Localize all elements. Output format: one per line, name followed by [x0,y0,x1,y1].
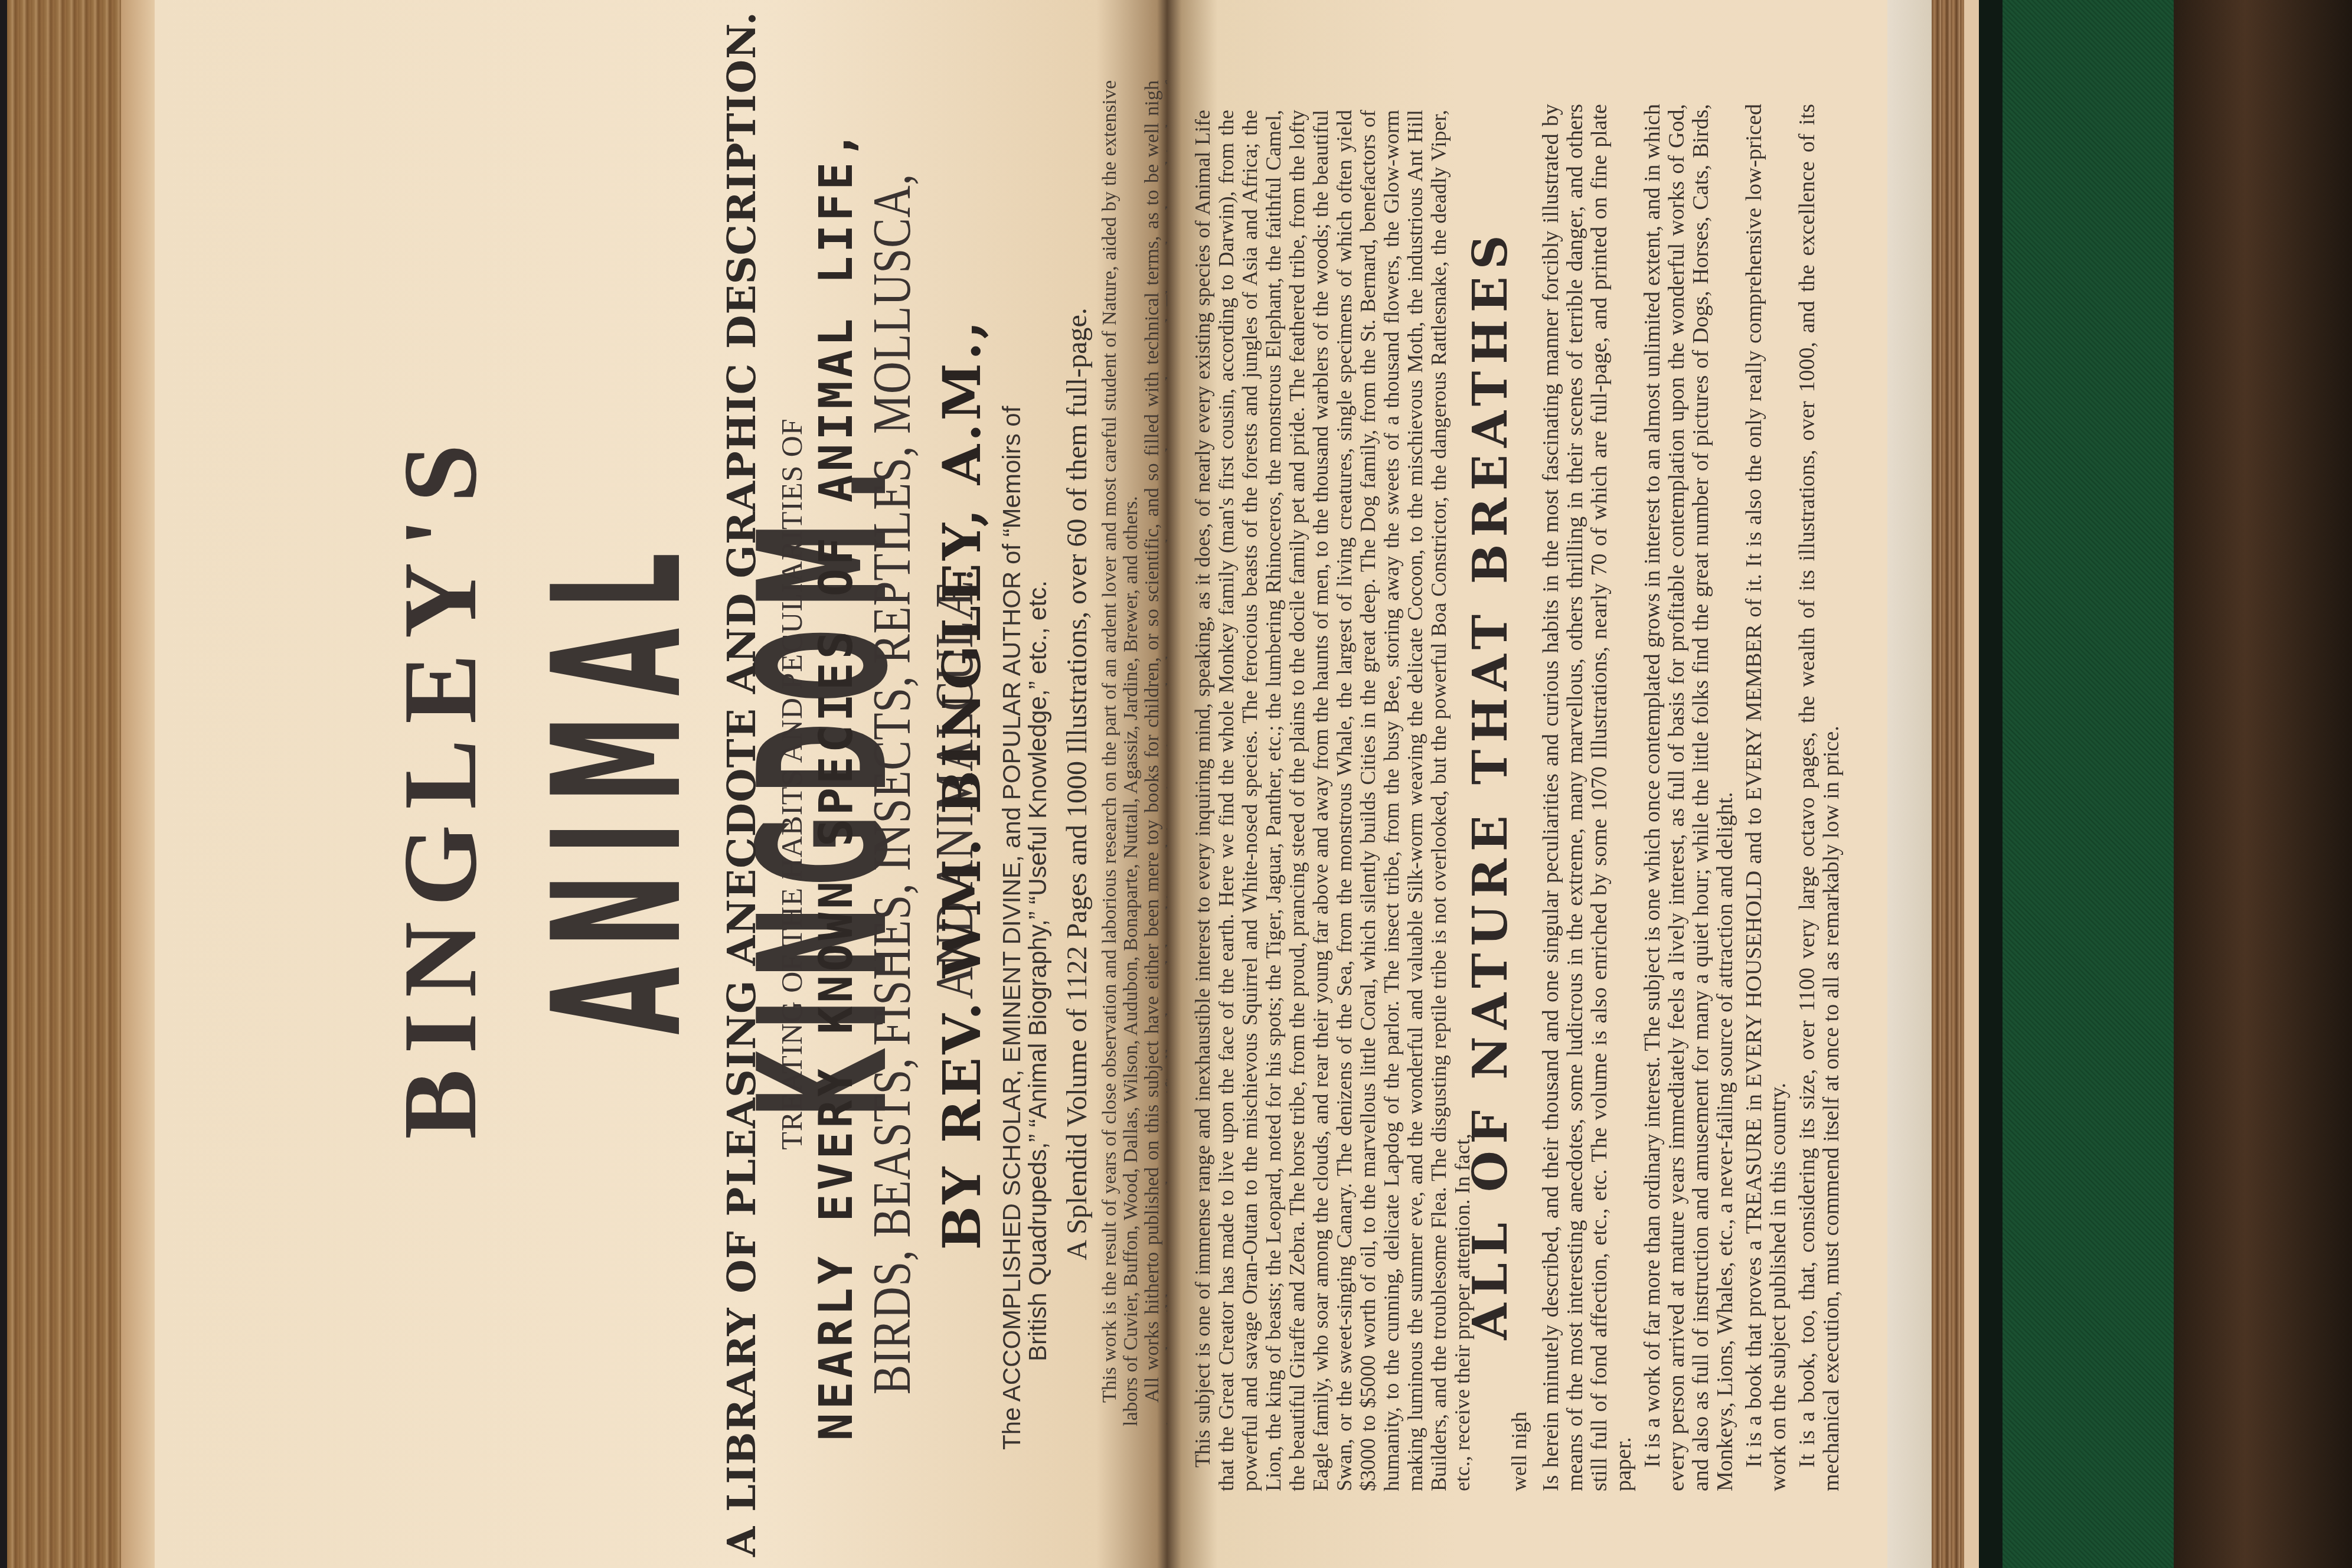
page-stack-cream-edge [1964,0,1979,1568]
book-cover-edge-left [0,0,7,1568]
volume-description: A Splendid Volume of 1122 Pages and 1000… [1061,0,1093,1568]
author-line: BY REV. WM. BINGLEY, A.M., [931,0,992,1568]
left-body-text: This work is the result of years of clos… [1099,80,1167,1426]
cover-hinge [1979,0,2003,1568]
heading-all-of-nature: ALL OF NATURE THAT BREATHES [1462,0,1518,1568]
cover-worn-edge [2174,0,2352,1568]
right-page: This subject is one of immense range and… [1167,0,1887,1568]
subtitle-library: A LIBRARY OF PLEASING ANECDOTE AND GRAPH… [718,0,765,1568]
nearly-every-line: NEARLY EVERY KNOWN SPECIES OF ANIMAL LIF… [810,0,863,1568]
left-paragraph: All works hitherto published on this sub… [1142,80,1167,1426]
treating-line: TREATING OF THE HABITS AND PECULIARITIES… [775,0,809,1568]
page-stack-right-edge [1932,0,1964,1568]
title-bingleys: BINGLEY'S [379,0,501,1568]
endpaper-edge [1887,0,1932,1568]
description-paragraph: It is a book, too, that, considering its… [1795,104,1844,1491]
intro-text: This subject is one of immense range and… [1191,110,1474,1491]
right-page-content: This subject is one of immense range and… [1167,0,1887,1568]
description-paragraph: Is herein minutely described, and their … [1539,104,1636,1491]
credentials-line-2: British Quadrupeds,” “Animal Biography,”… [1025,92,1051,1450]
description-paragraph: It is a book that proves a TREASURE in E… [1742,104,1791,1491]
credentials-line-1: The ACCOMPLISHED SCHOLAR, EMINENT DIVINE… [998,406,1025,1450]
left-page-content: BINGLEY'S ANIMAL KINGDOM. A LIBRARY OF P… [155,0,1167,1568]
description-paragraph: It is a work of far more than ordinary i… [1641,104,1737,1491]
description-text: Is herein minutely described, and their … [1539,104,1848,1491]
author-credentials: The ACCOMPLISHED SCHOLAR, EMINENT DIVINE… [999,92,1051,1450]
page-stack-inner-edge [121,0,156,1568]
green-cloth-cover [2003,0,2174,1568]
intro-paragraph: This subject is one of immense range and… [1191,110,1474,1491]
left-page: BINGLEY'S ANIMAL KINGDOM. A LIBRARY OF P… [155,0,1167,1568]
left-paragraph: This work is the result of years of clos… [1099,80,1142,1426]
